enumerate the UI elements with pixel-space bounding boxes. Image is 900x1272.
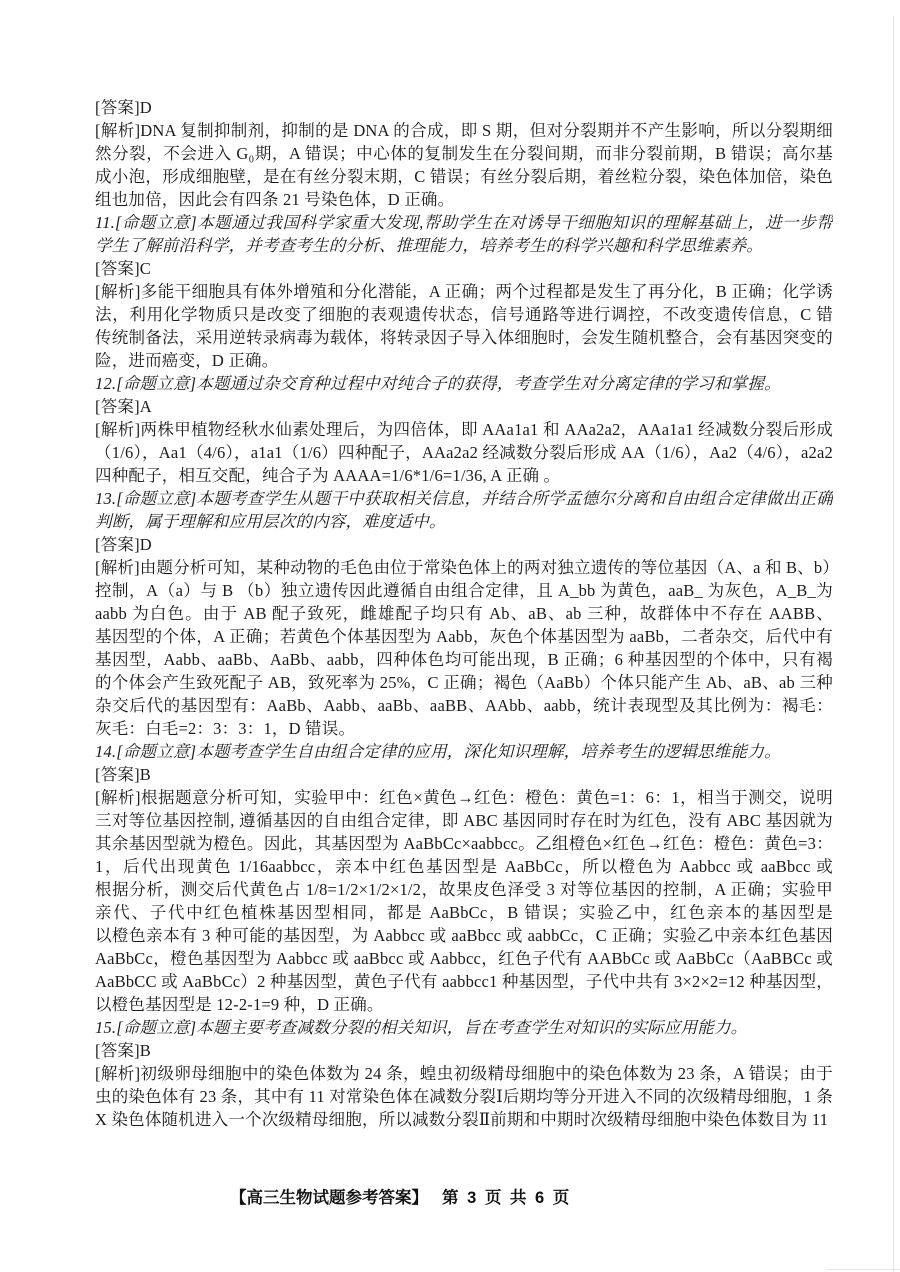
q11-answer-block: 11.[命题立意]本题通过我国科学家重大发现,帮助学生在对诱导干细胞知识的理解基… (95, 211, 833, 372)
text-line: 四种配子，相互交配，纯合子为 AAAA=1/6*1/6=1/36, A 正确 。 (95, 464, 833, 487)
text-line: 然分裂，不会进入 G₀期，A 错误；中心体的复制发生在分裂间期，而非分裂前期，B… (95, 142, 833, 165)
q15-answer-block: 15.[命题立意]本题主要考查减数分裂的相关知识，旨在考查学生对知识的实际应用能… (95, 1016, 833, 1131)
text-line: 的个体会产生致死配子 AB，致死率为 25%，C 正确；褐色（AaBb）个体只能… (95, 671, 833, 694)
text-line: 灰毛：白毛=2：3：3：1，D 错误。 (95, 717, 833, 740)
text-line: [答案]B (95, 1039, 833, 1062)
text-line: 1，后代出现黄色 1/16aabbcc，亲本中红色基因型是 AaBbCc，所以橙… (95, 855, 833, 878)
text-line: 14.[命题立意]本题考查学生自由组合定律的应用，深化知识理解，培养考生的逻辑思… (95, 740, 833, 763)
text-line: 判断，属于理解和应用层次的内容，难度适中。 (95, 510, 833, 533)
text-line: [解析]由题分析可知，某种动物的毛色由位于常染色体上的两对独立遗传的等位基因（A… (95, 556, 833, 579)
text-line: [答案]C (95, 257, 833, 280)
text-line: 控制，A（a）与 B （b）独立遗传因此遵循自由组合定律，且 A_bb 为黄色，… (95, 579, 833, 602)
text-line: 其余基因型就为橙色。因此，其基因型为 AaBbCc×aabbcc。乙组橙色×红色… (95, 832, 833, 855)
text-line: 杂交后代的基因型有：AaBb、Aabb、aaBb、aaBB、AAbb、aabb，… (95, 694, 833, 717)
text-line: AaBbCC 或 AaBbCc）2 种基因型，黄色子代有 aabbcc1 种基因… (95, 970, 833, 993)
text-line: 11.[命题立意]本题通过我国科学家重大发现,帮助学生在对诱导干细胞知识的理解基… (95, 211, 833, 234)
scan-page-edge-vertical (893, 16, 894, 1272)
text-line: 13.[命题立意]本题考查学生从题干中获取相关信息，并结合所学孟德尔分离和自由组… (95, 487, 833, 510)
scan-page-edge-horizontal (826, 1269, 900, 1270)
text-line: 虫的染色体有 23 条，其中有 11 对常染色体在减数分裂Ⅰ后期均等分开进入不同… (95, 1085, 833, 1108)
text-line: 成小泡，形成细胞壁，是在有丝分裂末期，C 错误；有丝分裂后期，着丝粒分裂，染色体… (95, 165, 833, 188)
text-line: [解析]多能干细胞具有体外增殖和分化潜能，A 正确；两个过程都是发生了再分化，B… (95, 280, 833, 303)
document-text: [答案]D[解析]DNA 复制抑制剂，抑制的是 DNA 的合成，即 S 期，但对… (95, 96, 833, 1131)
text-line: [答案]D (95, 533, 833, 556)
text-line: [解析]根据题意分析可知，实验甲中：红色×黄色→红色：橙色：黄色=1：6：1，相… (95, 786, 833, 809)
q14-answer-block: 14.[命题立意]本题考查学生自由组合定律的应用，深化知识理解，培养考生的逻辑思… (95, 740, 833, 1016)
text-line: 基因型的个体，A 正确；若黄色个体基因型为 Aabb，灰色个体基因型为 aaBb… (95, 625, 833, 648)
text-line: aabb 为白色。由于 AB 配子致死，雌雄配子均只有 Ab、aB、ab 三种，… (95, 602, 833, 625)
text-line: 险，进而癌变，D 正确。 (95, 349, 833, 372)
text-line: 12.[命题立意]本题通过杂交育种过程中对纯合子的获得，考查学生对分离定律的学习… (95, 372, 833, 395)
text-line: 亲代、子代中红色植株基因型相同，都是 AaBbCc，B 错误；实验乙中，红色亲本… (95, 901, 833, 924)
text-line: [答案]D (95, 96, 833, 119)
text-line: 三对等位基因控制, 遵循基因的自由组合定律，即 ABC 基因同时存在时为红色，没… (95, 809, 833, 832)
q12-answer-block: 12.[命题立意]本题通过杂交育种过程中对纯合子的获得，考查学生对分离定律的学习… (95, 372, 833, 487)
text-line: [解析]两株甲植物经秋水仙素处理后，为四倍体，即 AAa1a1 和 AAa2a2… (95, 418, 833, 441)
text-line: [答案]B (95, 763, 833, 786)
text-line: [解析]DNA 复制抑制剂，抑制的是 DNA 的合成，即 S 期，但对分裂期并不… (95, 119, 833, 142)
q13-answer-block: 13.[命题立意]本题考查学生从题干中获取相关信息，并结合所学孟德尔分离和自由组… (95, 487, 833, 740)
text-line: 学生了解前沿科学，并考查考生的分析、推理能力，培养考生的科学兴趣和科学思维素养。 (95, 234, 833, 257)
q10-answer-block: [答案]D[解析]DNA 复制抑制剂，抑制的是 DNA 的合成，即 S 期，但对… (95, 96, 833, 211)
text-line: 基因型，Aabb、aaBb、AaBb、aabb，四种体色均可能出现，B 正确；6… (95, 648, 833, 671)
scanned-answer-page: [答案]D[解析]DNA 复制抑制剂，抑制的是 DNA 的合成，即 S 期，但对… (0, 0, 900, 1272)
page-footer: 【高三生物试题参考答案】第 3 页 共 6 页 (230, 1184, 571, 1208)
text-line: X 染色体随机进入一个次级精母细胞，所以减数分裂Ⅱ前期和中期时次级精母细胞中染色… (95, 1108, 833, 1131)
footer-title: 【高三生物试题参考答案】 (230, 1189, 428, 1207)
text-line: AaBbCc，橙色基因型为 Aabbcc 或 aaBbcc 或 Aabbcc，红… (95, 947, 833, 970)
text-line: [解析]初级卵母细胞中的染色体数为 24 条，蝗虫初级精母细胞中的染色体数为 2… (95, 1062, 833, 1085)
text-line: 传统制备法，采用逆转录病毒为载体，将转录因子导入体细胞时，会发生随机整合，会有基… (95, 326, 833, 349)
text-line: （1/6），Aa1（4/6），a1a1（1/6）四种配子，AAa2a2 经减数分… (95, 441, 833, 464)
text-line: 根据分析，测交后代黄色占 1/8=1/2×1/2×1/2，故果皮色泽受 3 对等… (95, 878, 833, 901)
footer-page-indicator: 第 3 页 共 6 页 (442, 1189, 571, 1207)
text-line: 组也加倍，因此会有四条 21 号染色体，D 正确。 (95, 188, 833, 211)
text-line: [答案]A (95, 395, 833, 418)
text-line: 以橙色基因型是 12-2-1=9 种，D 正确。 (95, 993, 833, 1016)
text-line: 15.[命题立意]本题主要考查减数分裂的相关知识，旨在考查学生对知识的实际应用能… (95, 1016, 833, 1039)
text-line: 法，利用化学物质只是改变了细胞的表观遗传状态，信号通路等进行调控，不改变遗传信息… (95, 303, 833, 326)
text-line: 以橙色亲本有 3 种可能的基因型，为 Aabbcc 或 aaBbcc 或 aab… (95, 924, 833, 947)
